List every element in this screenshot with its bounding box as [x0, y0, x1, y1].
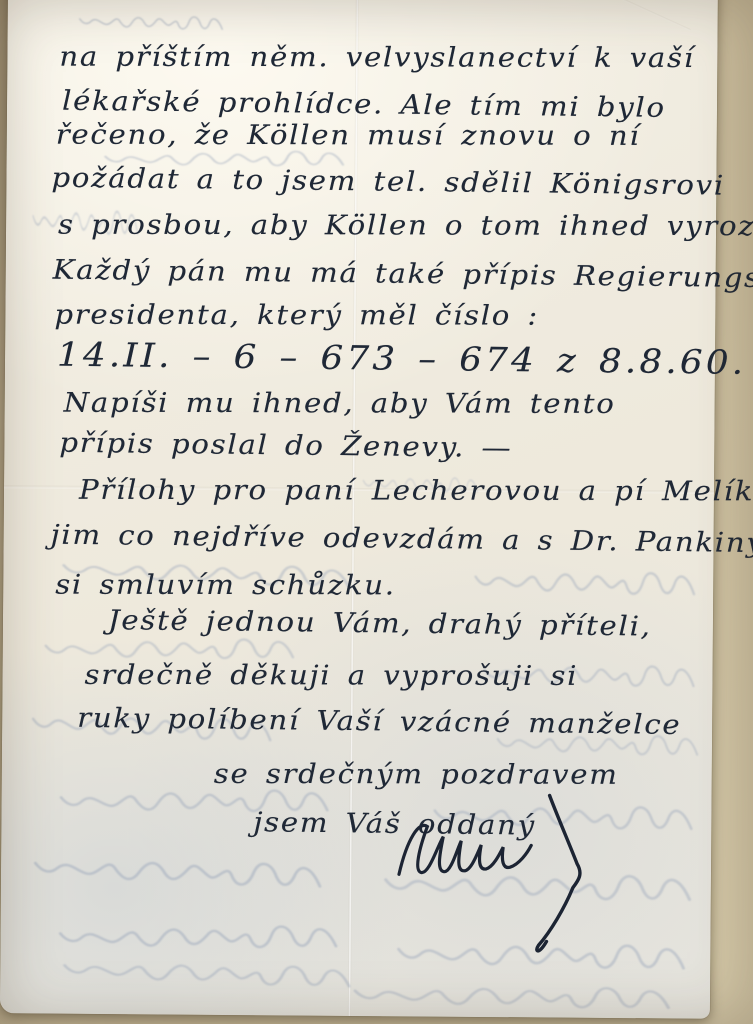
handwritten-line: Přílohy pro paní Lecherovou a pí Melíkov…	[79, 475, 753, 508]
letter-photograph: na příštím něm. velvyslanectví k vaší lé…	[0, 0, 753, 1024]
handwritten-line-reference-number: 14.II. – 6 – 673 – 674 z 8.8.60.	[57, 336, 747, 382]
handwritten-line: jim co nejdříve odevzdám a s Dr. Pankiny…	[50, 520, 753, 560]
handwritten-line: řečeno, že Köllen musí znovu o ní	[56, 120, 641, 152]
handwritten-line: ruky políbení Vaší vzácné manželce	[77, 703, 682, 741]
handwritten-line: lékařské prohlídce. Ale tím mi bylo	[62, 86, 666, 124]
handwritten-closing-line: jsem Váš oddaný	[253, 807, 536, 841]
bleedthrough-line	[56, 951, 357, 999]
bleedthrough-line	[346, 976, 676, 1021]
bleedthrough-line	[390, 932, 690, 982]
handwritten-line: presidenta, který měl číslo :	[54, 300, 539, 332]
letter-paper: na příštím něm. velvyslanectví k vaší lé…	[0, 0, 718, 1019]
handwritten-line: Napíši mu ihned, aby Vám tento	[64, 388, 616, 420]
bleedthrough-line	[469, 561, 699, 608]
handwritten-line: Ještě jednou Vám, drahý příteli,	[108, 605, 652, 643]
bleedthrough-line	[377, 862, 697, 915]
handwritten-line: požádat a to jsem tel. sdělil Königsrovi	[51, 163, 725, 202]
handwritten-line: si smluvím schůzku.	[55, 570, 396, 602]
handwritten-line: Každý pán mu má také přípis Regierungs-	[53, 255, 753, 295]
handwritten-line: srdečně děkuji a vyprošuji si	[85, 660, 579, 692]
bleedthrough-line	[76, 10, 226, 37]
bleedthrough-line	[52, 915, 342, 962]
bleedthrough-line	[26, 847, 327, 901]
handwritten-line: na příštím něm. velvyslanectví k vaší	[59, 42, 694, 74]
handwritten-line: s prosbou, aby Köllen o tom ihned vyrozu…	[58, 210, 753, 243]
corner-crease	[581, 0, 691, 31]
handwritten-line: přípis poslal do Ženevy. —	[59, 428, 512, 464]
vertical-fold-crease	[348, 0, 359, 1016]
handwritten-closing-line: se srdečným pozdravem	[214, 759, 619, 791]
